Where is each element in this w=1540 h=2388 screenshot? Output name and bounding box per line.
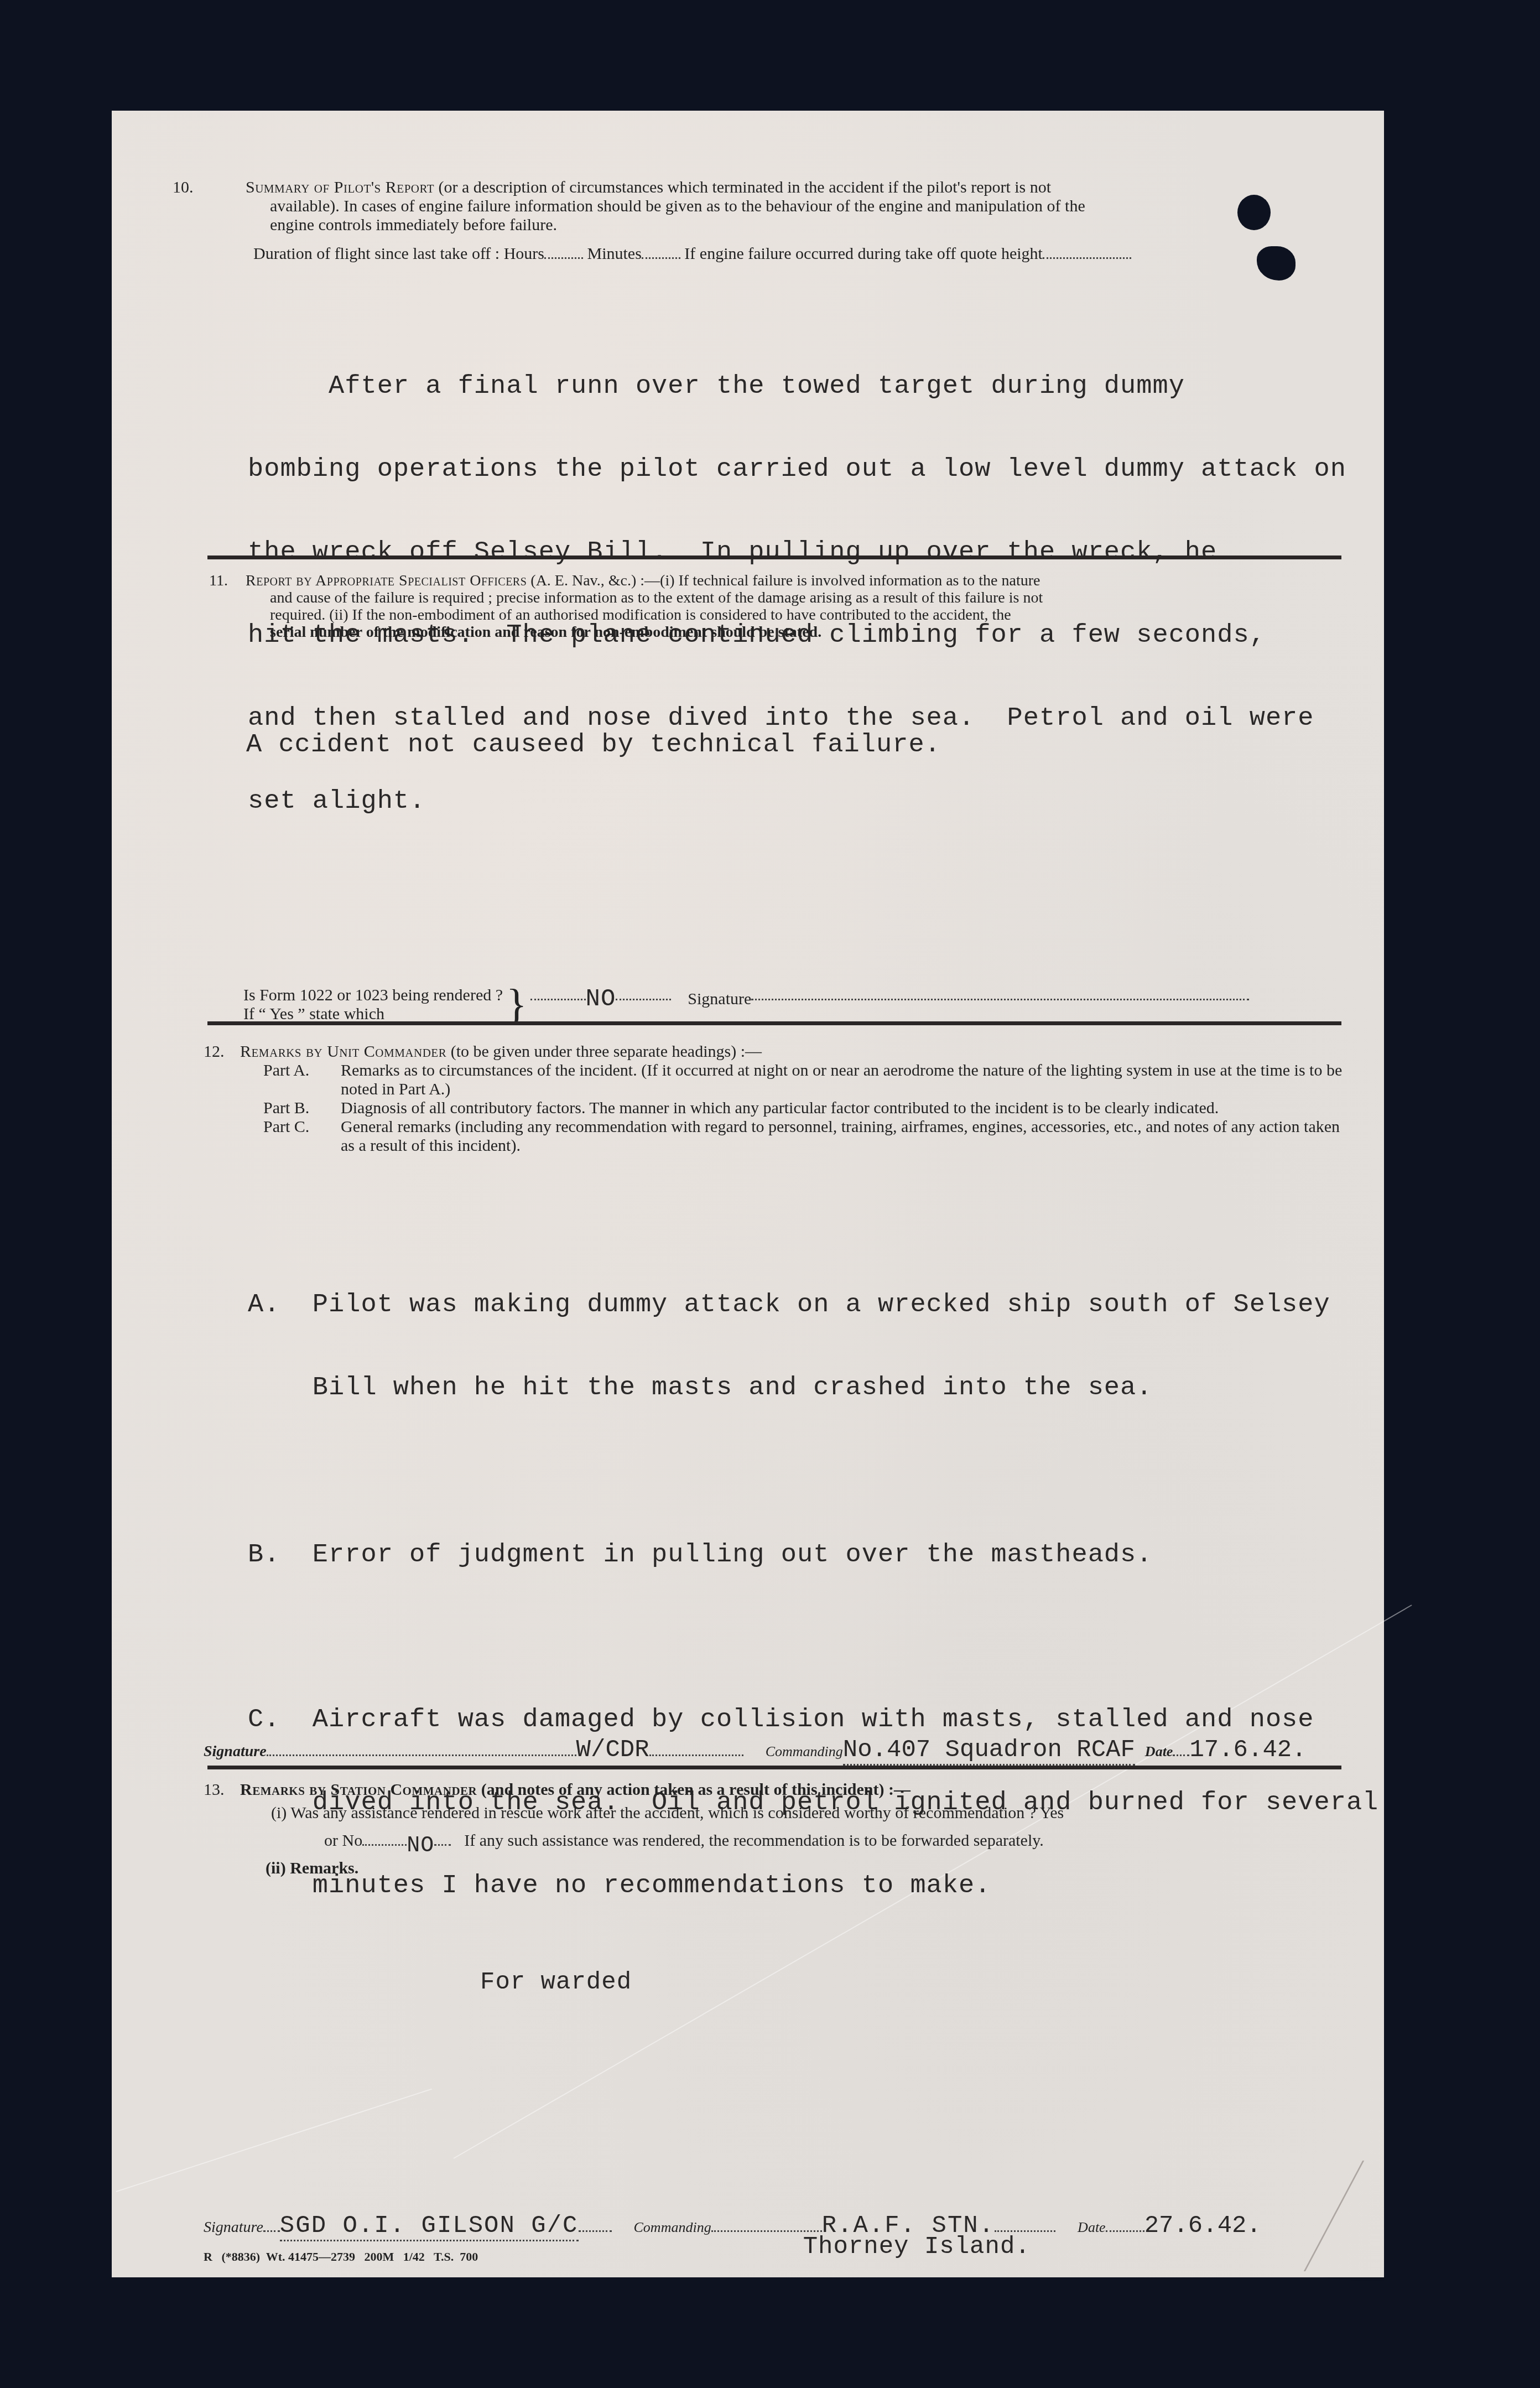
signature-value[interactable]: W/CDR [576,1736,649,1764]
form-question: Is Form 1022 or 1023 being rendered ? If… [243,986,503,1024]
part-label: Part B. [263,1099,341,1118]
dotted-leader [263,2230,280,2232]
rescue-question: (i) Was any assistance rendered in rescu… [204,1804,1354,1823]
dotted-leader [579,2230,612,2232]
typed-line: bombing operations the pilot carried out… [248,456,1346,484]
date-label: Date [1078,2218,1106,2237]
dotted-leader [711,2230,822,2232]
section-heading: Summary of Pilot's Report [246,178,434,196]
part-text: Remarks as to circumstances of the incid… [341,1061,1349,1099]
section-divider [207,1766,1341,1769]
form-question-line: If “ Yes ” state which [243,1005,503,1024]
part-c: Part C.General remarks (including any re… [263,1118,1349,1155]
section-number: 12. [204,1042,240,1061]
typed-line: the wreck off Selsey Bill. In pulling up… [248,539,1346,567]
section-number: 13. [204,1780,240,1799]
section-number: 10. [209,178,246,197]
date-label: Date [1145,1742,1173,1761]
signature-field[interactable] [751,999,1249,1000]
commanding-value[interactable]: No.407 Squadron RCAF [843,1736,1135,1766]
typed-line: set alight. [248,788,1346,816]
section-heading: Remarks by Station Commander [240,1780,477,1799]
typed-line: C. Aircraft was damaged by collision wit… [248,1706,1378,1734]
specialist-report-typed: A ccident not causeed by technical failu… [246,731,941,759]
section-heading: Report by Appropriate Specialist Officer… [246,572,527,589]
form-answer[interactable]: NO [586,985,616,1013]
date-value[interactable]: 17.6.42. [1189,1736,1306,1764]
section-12-instructions: 12.Remarks by Unit Commander (to be give… [204,1042,1349,1155]
instruction-text: engine controls immediately before failu… [209,216,1360,235]
remarks-label: (ii) Remarks. [204,1859,1354,1878]
form-question-line: Is Form 1022 or 1023 being rendered ? [243,986,503,1005]
typed-line: B. Error of judgment in pulling out over… [248,1541,1378,1569]
commanding-block: R.A.F. STN. Thorney Island. [822,2212,995,2240]
minutes-label: Minutes [587,245,642,263]
date-value[interactable]: 27.6.42. [1144,2212,1261,2240]
brace: } [506,988,527,1021]
dotted-leader [267,1754,576,1756]
section-13-instructions: 13.Remarks by Station Commander (and not… [204,1780,1354,1878]
part-text: Diagnosis of all contributory factors. T… [341,1099,1349,1118]
typed-line: Bill when he hit the masts and crashed i… [248,1374,1378,1402]
height-label: If engine failure occurred during take o… [684,245,1043,263]
station-commander-remarks-typed: For warded [480,1969,632,1996]
commanding-value-line2[interactable]: Thorney Island. [803,2233,1031,2261]
section-10-instructions: 10.Summary of Pilot's Report (or a descr… [209,178,1360,263]
part-b: Part B.Diagnosis of all contributory fac… [263,1099,1349,1118]
heading-suffix: (and notes of any action taken as a resu… [481,1780,911,1799]
rescue-instruction: If any such assistance was rendered, the… [464,1831,1044,1850]
duration-label: Duration of flight since last take off : [253,245,500,263]
minutes-field[interactable] [642,257,680,259]
dotted-leader [362,1844,407,1846]
signature-label: Signature [204,1742,267,1761]
signature-label: Signature [688,990,751,1009]
height-field[interactable] [1043,257,1131,259]
unit-commander-signature-row: Signature W/CDR Commanding No.407 Squadr… [204,1736,1354,1766]
dotted-leader [1173,1754,1189,1756]
section-number: 11. [209,572,246,589]
instruction-text: (or a description of circumstances which… [439,178,1052,196]
rescue-answer-row: or No NO If any such assistance was rend… [204,1827,1354,1855]
section-divider [207,1021,1341,1025]
dotted-leader [1106,2230,1144,2232]
typed-line: A. Pilot was making dummy attack on a wr… [248,1291,1378,1319]
instruction-text: available). In cases of engine failure i… [209,197,1360,216]
instruction-text: (A. E. Nav., &c.) :—(i) If technical fai… [530,572,1040,589]
typed-line: and then stalled and nose dived into the… [248,705,1346,733]
section-heading: Remarks by Unit Commander [240,1042,446,1061]
hours-label: Hours [504,245,544,263]
printer-imprint: R (*8836) Wt. 41475—2739 200M 1/42 T.S. … [204,2247,478,2266]
heading-suffix: (to be given under three separate headin… [451,1042,762,1061]
commanding-label: Commanding [766,1742,843,1761]
dotted-leader [616,999,671,1000]
instruction-text: required. (ii) If the non-embodiment of … [209,606,1349,624]
signature-value[interactable]: SGD O.I. GILSON G/C [280,2212,579,2241]
part-label: Part C. [263,1118,341,1155]
dotted-leader [995,2230,1055,2232]
form-1022-row: Is Form 1022 or 1023 being rendered ? If… [243,986,1350,1024]
part-a: Part A.Remarks as to circumstances of th… [263,1061,1349,1099]
hours-field[interactable] [544,257,583,259]
dotted-leader [530,999,586,1000]
instruction-text: serial number of the modification and re… [209,624,1349,641]
commanding-label: Commanding [634,2218,711,2237]
rescue-answer[interactable]: NO [407,1832,434,1860]
dotted-leader [649,1754,743,1756]
typed-line: After a final runn over the towed target… [248,373,1346,401]
signature-label: Signature [204,2218,263,2237]
dotted-leader [434,1844,451,1846]
duration-row: Duration of flight since last take off :… [209,245,1360,263]
section-divider [207,556,1341,559]
part-text: General remarks (including any recommend… [341,1118,1349,1155]
station-commander-signature-row: Signature SGD O.I. GILSON G/C Commanding… [204,2212,1376,2241]
part-label: Part A. [263,1061,341,1099]
instruction-text: and cause of the failure is required ; p… [209,589,1349,606]
section-11-instructions: 11.Report by Appropriate Specialist Offi… [209,572,1349,641]
or-no-label: or No [324,1831,362,1850]
